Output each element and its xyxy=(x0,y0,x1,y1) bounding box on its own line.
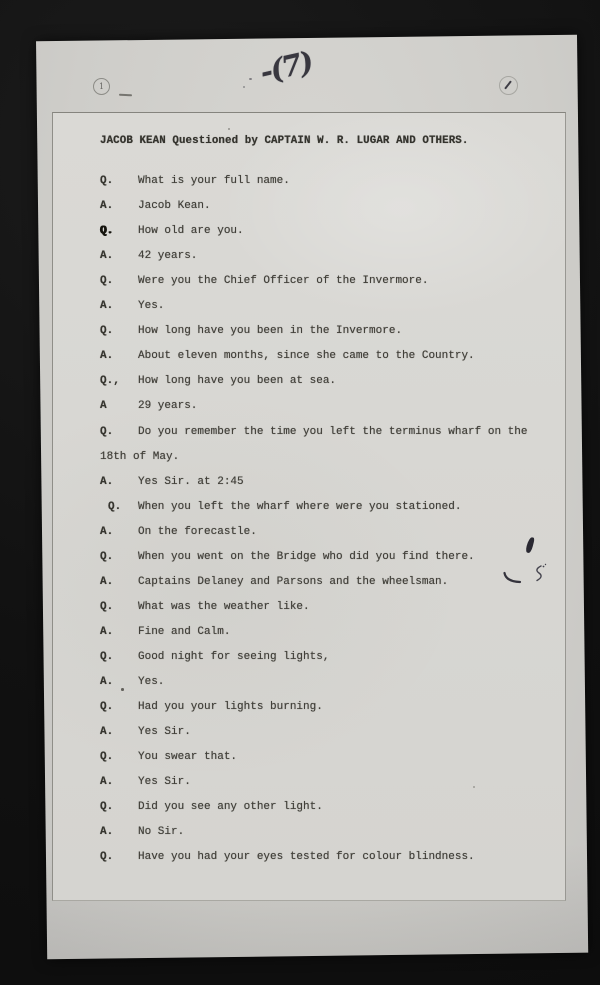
qa-speaker: Q. xyxy=(100,174,138,188)
qa-speaker: Q. xyxy=(100,750,138,764)
qa-line: A.Yes. xyxy=(100,675,164,689)
qa-text: About eleven months, since she came to t… xyxy=(138,350,475,362)
qa-line: Q.What is your full name. xyxy=(100,174,290,188)
qa-text: 18th of May. xyxy=(100,451,179,463)
qa-text: How long have you been at sea. xyxy=(138,375,336,387)
qa-line: Q.How long have you been in the Invermor… xyxy=(100,324,402,338)
qa-line: A.No Sir. xyxy=(100,825,184,839)
qa-speaker: Q. xyxy=(100,600,138,614)
qa-line: A.Jacob Kean. xyxy=(100,199,211,213)
qa-speaker: Q., xyxy=(100,374,138,388)
qa-speaker: A. xyxy=(100,199,138,213)
qa-line: A29 years. xyxy=(100,399,197,413)
qa-text: 29 years. xyxy=(138,400,197,412)
qa-speaker: A. xyxy=(100,299,138,313)
qa-text: Yes Sir. xyxy=(138,726,191,738)
qa-line: Q.When you left the wharf where were you… xyxy=(100,500,461,514)
qa-text: What is your full name. xyxy=(138,175,290,187)
qa-speaker: A. xyxy=(100,625,138,639)
qa-line: Q.What was the weather like. xyxy=(100,600,310,614)
qa-text: On the forecastle. xyxy=(138,526,257,538)
qa-line: Q.Were you the Chief Officer of the Inve… xyxy=(100,274,428,288)
qa-line: Q.Have you had your eyes tested for colo… xyxy=(100,850,475,864)
qa-line: A.Fine and Calm. xyxy=(100,625,230,639)
qa-speaker: A. xyxy=(100,725,138,739)
qa-line: A.Captains Delaney and Parsons and the w… xyxy=(100,575,448,589)
qa-line: A.Yes. xyxy=(100,299,164,313)
qa-text: 42 years. xyxy=(138,250,197,262)
qa-speaker: A xyxy=(100,399,138,413)
qa-text: Yes Sir. xyxy=(138,776,191,788)
qa-line: Q.Did you see any other light. xyxy=(100,800,323,814)
qa-speaker: Q. xyxy=(100,800,138,814)
qa-speaker: Q. xyxy=(100,224,138,238)
qa-speaker: Q. xyxy=(100,425,138,439)
qa-speaker: A. xyxy=(100,775,138,789)
qa-speaker: Q. xyxy=(100,500,138,514)
qa-line: A.About eleven months, since she came to… xyxy=(100,349,475,363)
qa-text: Yes. xyxy=(138,300,164,312)
qa-speaker: A. xyxy=(100,349,138,363)
typewritten-text-layer: JACOB KEAN Questioned by CAPTAIN W. R. L… xyxy=(0,0,600,985)
qa-speaker: Q. xyxy=(100,700,138,714)
qa-line: A.Yes Sir. xyxy=(100,775,191,789)
qa-text: You swear that. xyxy=(138,751,237,763)
qa-line: A.Yes Sir. at 2:45 xyxy=(100,475,244,489)
document-title: JACOB KEAN Questioned by CAPTAIN W. R. L… xyxy=(100,135,468,147)
qa-line: Q.Had you your lights burning. xyxy=(100,700,323,714)
qa-line: Q.How old are you. xyxy=(100,224,244,238)
qa-text: Jacob Kean. xyxy=(138,200,211,212)
qa-speaker: A. xyxy=(100,249,138,263)
qa-text: When you left the wharf where were you s… xyxy=(138,501,461,513)
scanned-document: -(7) 1 JACOB KEAN Questioned by CAPTAIN … xyxy=(0,0,600,985)
qa-line: Q.Do you remember the time you left the … xyxy=(100,425,527,439)
qa-speaker: Q. xyxy=(100,550,138,564)
qa-speaker: A. xyxy=(100,825,138,839)
qa-text: Fine and Calm. xyxy=(138,626,230,638)
qa-line: Q.,How long have you been at sea. xyxy=(100,374,336,388)
qa-text: Good night for seeing lights, xyxy=(138,651,329,663)
qa-line: A.Yes Sir. xyxy=(100,725,191,739)
qa-line: A.42 years. xyxy=(100,249,197,263)
qa-text: Do you remember the time you left the te… xyxy=(138,426,527,438)
qa-text: Had you your lights burning. xyxy=(138,701,323,713)
qa-text: Were you the Chief Officer of the Inverm… xyxy=(138,275,428,287)
qa-speaker: Q. xyxy=(100,274,138,288)
qa-line: Q.When you went on the Bridge who did yo… xyxy=(100,550,475,564)
qa-speaker: Q. xyxy=(100,650,138,664)
qa-speaker: A. xyxy=(100,525,138,539)
qa-text: How long have you been in the Invermore. xyxy=(138,325,402,337)
qa-text: How old are you. xyxy=(138,225,244,237)
qa-line: Q.You swear that. xyxy=(100,750,237,764)
qa-text: Captains Delaney and Parsons and the whe… xyxy=(138,576,448,588)
qa-speaker: A. xyxy=(100,475,138,489)
qa-speaker: A. xyxy=(100,575,138,589)
qa-line: A.On the forecastle. xyxy=(100,525,257,539)
qa-speaker: Q. xyxy=(100,324,138,338)
qa-text: Yes. xyxy=(138,676,164,688)
qa-text: Yes Sir. at 2:45 xyxy=(138,476,244,488)
qa-text: Did you see any other light. xyxy=(138,801,323,813)
qa-text: When you went on the Bridge who did you … xyxy=(138,551,475,563)
qa-line: 18th of May. xyxy=(100,450,179,464)
qa-text: Have you had your eyes tested for colour… xyxy=(138,851,475,863)
qa-text: No Sir. xyxy=(138,826,184,838)
qa-speaker: Q. xyxy=(100,850,138,864)
qa-text: What was the weather like. xyxy=(138,601,310,613)
qa-line: Q.Good night for seeing lights, xyxy=(100,650,329,664)
qa-speaker: A. xyxy=(100,675,138,689)
